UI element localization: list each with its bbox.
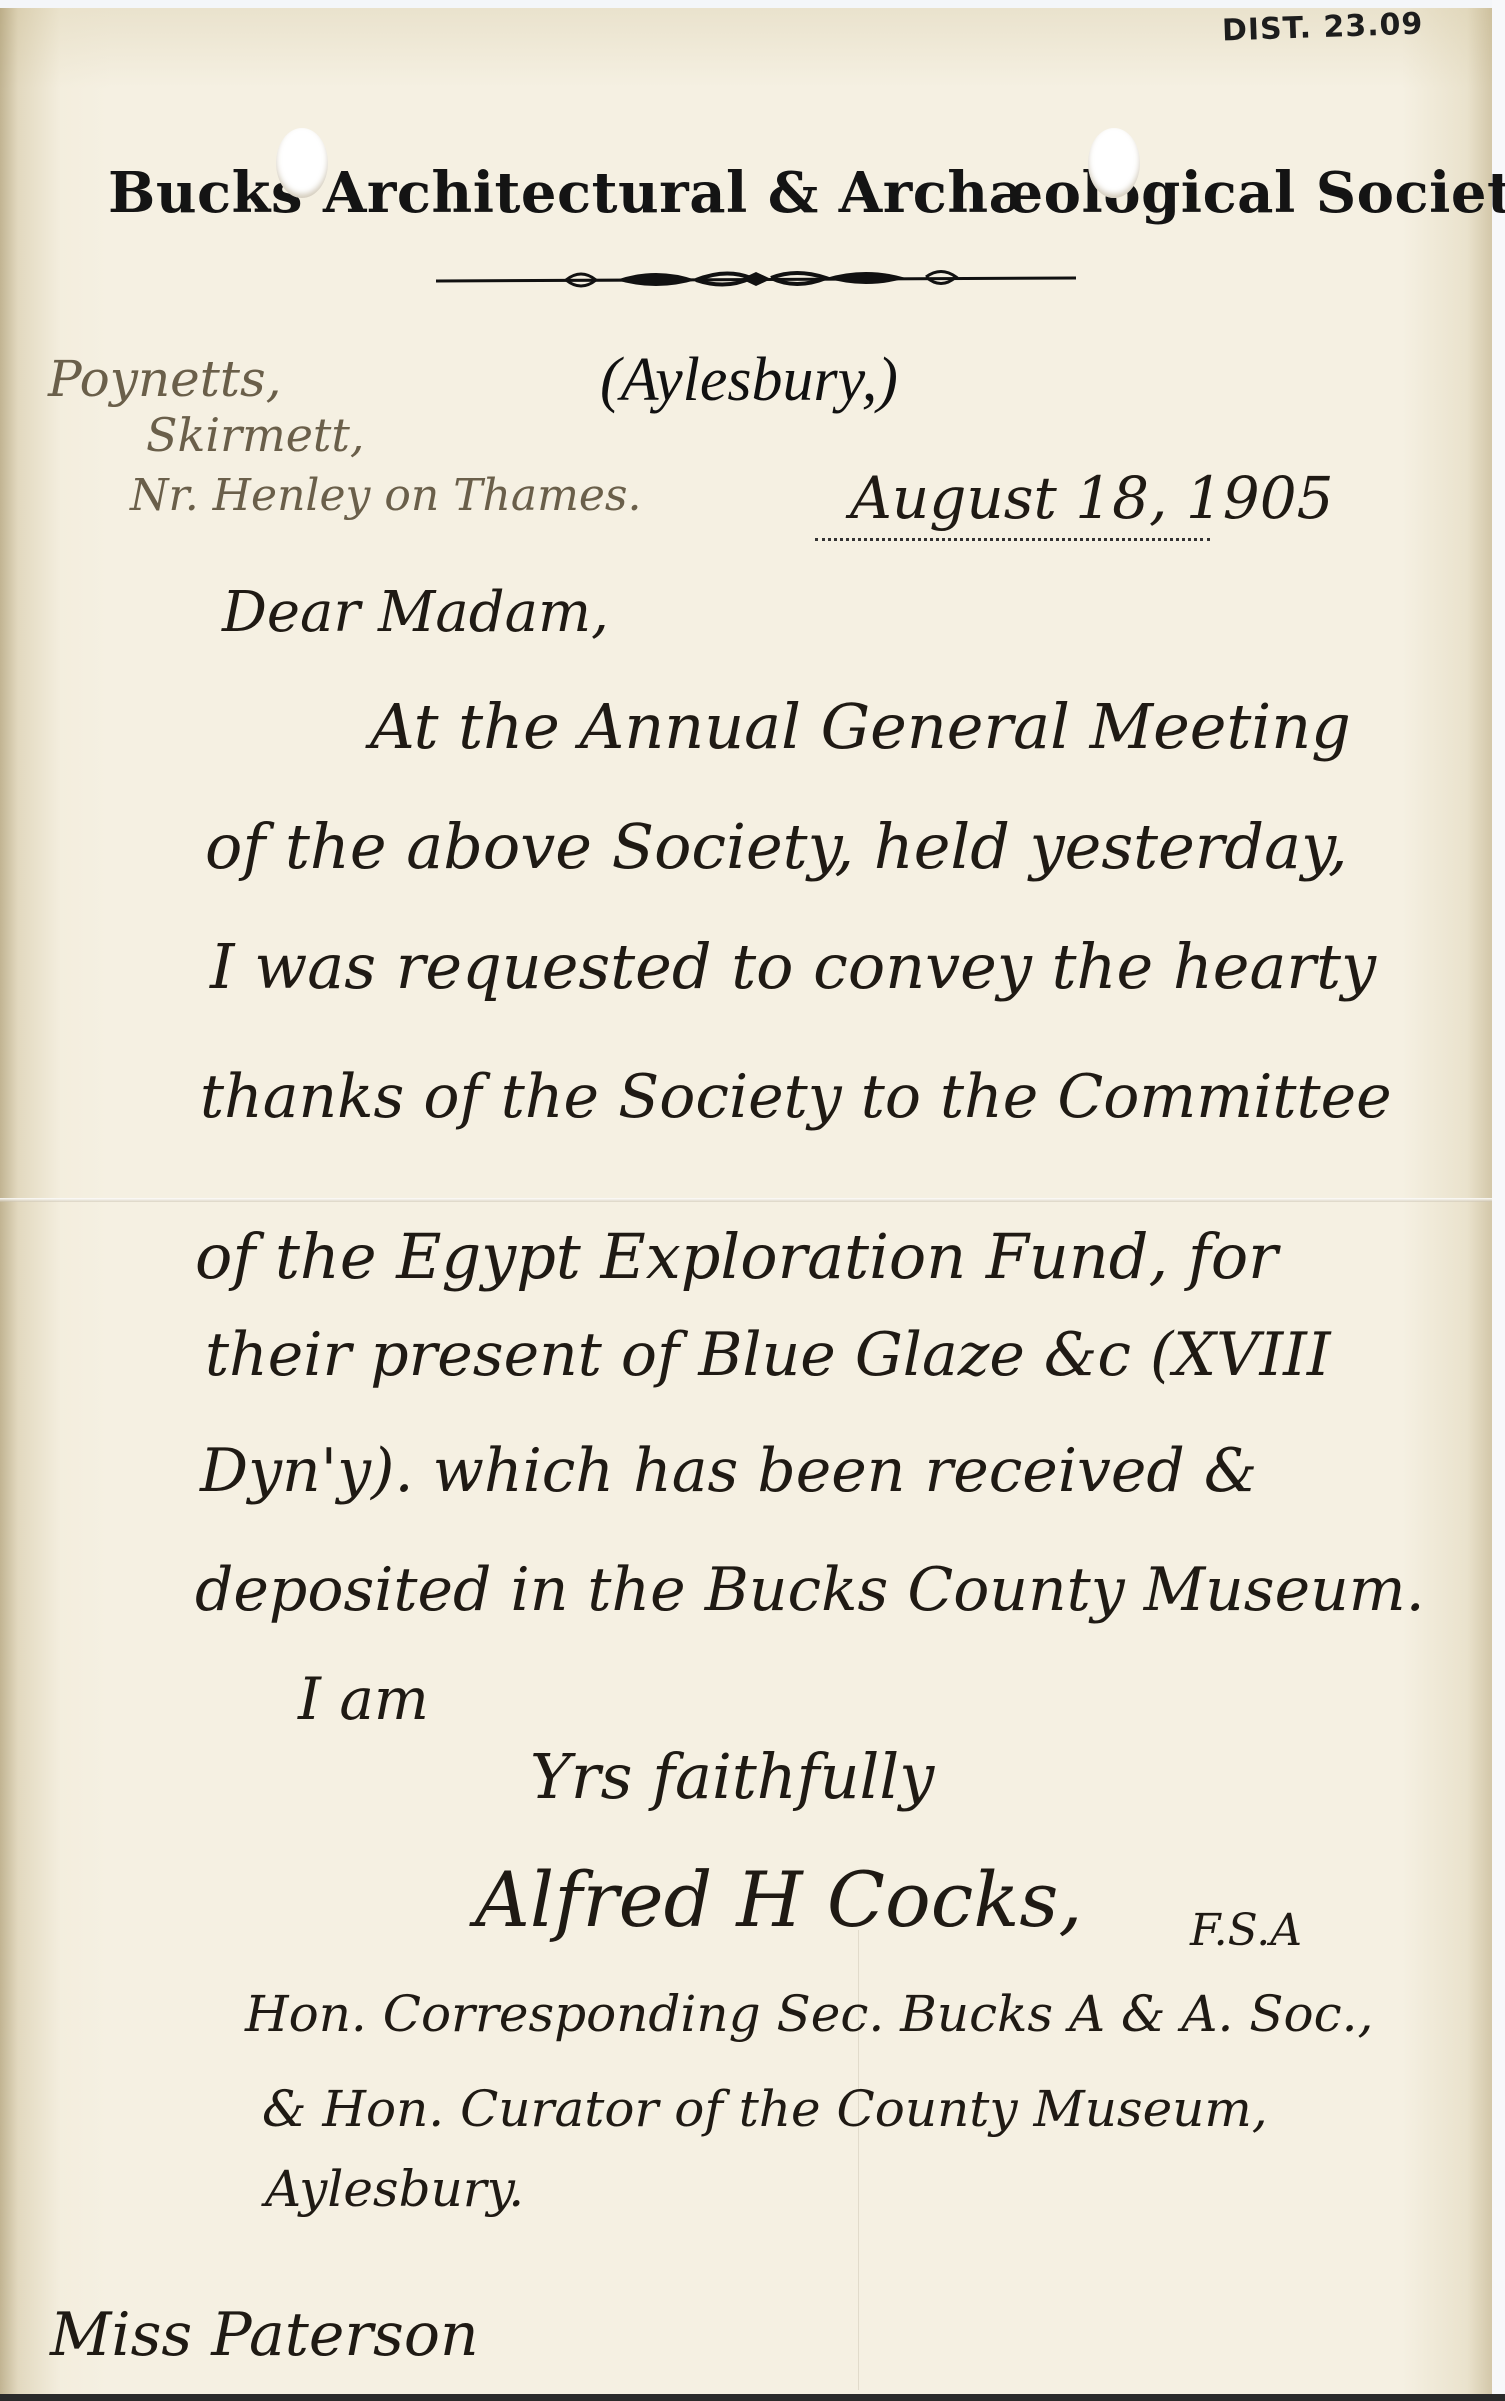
body-line-7: Dyn'y). which has been received & — [200, 1436, 1257, 1506]
signature-title-line-3: Aylesbury. — [265, 2160, 524, 2218]
sender-address-line-2: Skirmett, — [146, 408, 365, 462]
signature-post-nominal: F.S.A — [1190, 1905, 1302, 1956]
punch-hole-left — [276, 128, 328, 198]
letter-date: August 18, 1905 — [850, 464, 1334, 532]
body-line-8: deposited in the Bucks County Museum. — [195, 1555, 1425, 1625]
punch-hole-right — [1088, 128, 1140, 198]
recipient-name: Miss Paterson — [50, 2300, 479, 2370]
body-line-4: thanks of the Society to the Committee — [200, 1062, 1392, 1132]
scan-background-bottom — [0, 2394, 1505, 2401]
closing-line-1: I am — [298, 1665, 429, 1733]
signature-title-line-1: Hon. Corresponding Sec. Bucks A & A. Soc… — [245, 1985, 1373, 2043]
scan-background-right — [1492, 0, 1505, 2394]
body-line-1: At the Annual General Meeting — [370, 690, 1351, 763]
body-line-3: I was requested to convey the hearty — [210, 930, 1376, 1003]
letterhead-location: (Aylesbury,) — [600, 345, 898, 416]
sender-address-line-3: Nr. Henley on Thames. — [130, 470, 641, 521]
salutation: Dear Madam, — [222, 580, 609, 645]
date-dotted-line — [815, 538, 1210, 541]
body-line-6: their present of Blue Glaze &c (XVIII — [205, 1320, 1331, 1390]
signature-title-line-2: & Hon. Curator of the County Museum, — [262, 2080, 1268, 2138]
body-line-2: of the above Society, held yesterday, — [205, 810, 1348, 883]
fold-crease-horizontal — [0, 1198, 1492, 1202]
body-line-5: of the Egypt Exploration Fund, for — [195, 1220, 1278, 1293]
sender-address-line-1: Poynetts, — [48, 350, 282, 408]
archive-reference-label: DIST. 23.09 — [1221, 6, 1423, 48]
signature-name: Alfred H Cocks, — [475, 1855, 1083, 1944]
closing-line-2: Yrs faithfully — [530, 1740, 934, 1813]
letterhead-ornament-divider — [436, 262, 1076, 296]
